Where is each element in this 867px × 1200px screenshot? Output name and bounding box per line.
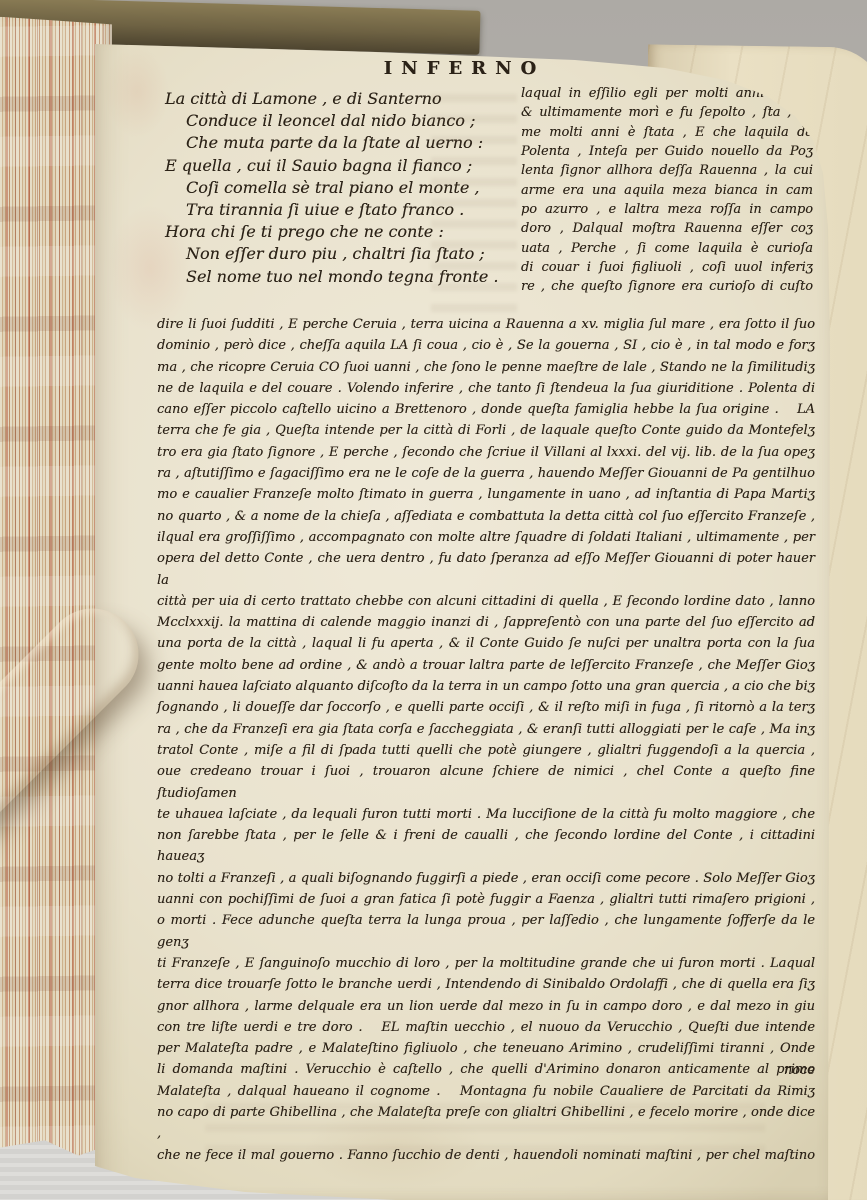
body-line: gente molto bene ad ordine , & andò a tr… <box>157 655 815 676</box>
body-line: no tolti a Franzeſi , a quali biſognando… <box>157 868 815 889</box>
body-line: te uhauea laſciate , da lequali furon tu… <box>157 804 815 825</box>
body-line: ilqual era groſſiſſimo , accompagnato co… <box>157 527 815 548</box>
running-head: INFERNO <box>325 58 595 79</box>
commentary-line: Polenta , Inteſa per Guido nouello da Po… <box>521 142 813 161</box>
body-line: ra , aſtutiſſimo e ſagaciſſimo era ne le… <box>157 463 815 484</box>
commentary-line: & ultimamente morì e fu ſepolto , ſta , … <box>521 103 813 122</box>
body-line: tratol Conte , miſe a fil di ſpada tutti… <box>157 740 815 761</box>
verse-column: La città di Lamone , e di SanternoConduc… <box>165 88 537 288</box>
verse-line: La città di Lamone , e di Santerno <box>165 88 537 110</box>
body-line: ſognando , li doueſſe dar ſoccorſo , e q… <box>157 697 815 718</box>
verse-line: Non eſſer duro piu , chaltri ſia ſtato ; <box>165 243 537 265</box>
commentary-line: doro , Dalqual moſtra Rauenna eſſer coʒ <box>521 219 813 238</box>
body-line: terra dice trouarſe ſotto le branche uer… <box>157 974 815 995</box>
commentary-line: me molti anni è ſtata , E che laquila da <box>521 123 813 142</box>
body-line: per Malateſta padre , e Malateſtino figl… <box>157 1038 815 1059</box>
verse-line: E quella , cui il Sauio bagna il fianco … <box>165 155 537 177</box>
body-line: ne de laquila e del couare . Volendo inf… <box>157 378 815 399</box>
body-line: dire li ſuoi ſudditi , E perche Ceruia ,… <box>157 314 815 335</box>
body-line: una porta de la città , laqual li fu ape… <box>157 633 815 654</box>
body-line: dominio , però dice , cheſſa aquila LA ſ… <box>157 335 815 356</box>
verse-line: Coſi comella sè tral piano el monte , <box>165 177 537 199</box>
commentary-line: lenta ſignor allhora deſſa Rauenna , la … <box>521 161 813 180</box>
body-line: opera del detto Conte , che uera dentro … <box>157 548 815 591</box>
body-line: tro era gia ſtato ſignore , E perche , ſ… <box>157 442 815 463</box>
commentary-line: di couar i ſuoi figliuoli , coſi uuol in… <box>521 258 813 277</box>
body-line: cano eſſer piccolo caſtello uicino a Bre… <box>157 399 815 420</box>
body-line: oue credeano trouar i ſuoi , trouaron al… <box>157 761 815 804</box>
body-line: terra che fe gia , Queſta intende per la… <box>157 420 815 441</box>
body-line: gnor allhora , larme delquale era un lio… <box>157 996 815 1017</box>
body-line: no capo di parte Ghibellina , che Malate… <box>157 1102 815 1145</box>
verse-line: Sel nome tuo nel mondo tegna fronte . <box>165 266 537 288</box>
body-line: ma , che ricopre Ceruia CO ſuoi uanni , … <box>157 357 815 378</box>
body-line: uanni con pochiſſimi de ſuoi a gran fati… <box>157 889 815 910</box>
verse-line: Tra tirannia ſi uiue e ſtato franco . <box>165 199 537 221</box>
body-line: ra , che da Franzeſi era gia ſtata corſa… <box>157 719 815 740</box>
body-line: Mcclxxxij. la mattina di calende maggio … <box>157 612 815 633</box>
body-line: che ne fece il mal gouerno . Fanno ſucch… <box>157 1145 815 1166</box>
commentary-column: laqual in eſſilio egli per molti anni ui… <box>521 84 813 297</box>
body-line: mo e caualier Franzeſe molto ſtimato in … <box>157 484 815 505</box>
verse-line: Che muta parte da la ſtate al uerno : <box>165 132 537 154</box>
verse-line: Conduce il leoncel dal nido bianco ; <box>165 110 537 132</box>
body-line: non ſarebbe ſtata , per le ſelle & i fre… <box>157 825 815 868</box>
verse-line: Hora chi ſe ti prego che ne conte : <box>165 221 537 243</box>
body-line: ti Franzeſe , E ſanguinoſo mucchio di lo… <box>157 953 815 974</box>
commentary-line: uata , Perche , ſi come laquila è curioſ… <box>521 239 813 258</box>
body-line: Malateſta , dalqual haueano il cognome .… <box>157 1081 815 1102</box>
body-line: città per uia di certo trattato chebbe c… <box>157 591 815 612</box>
catchword: noce <box>157 1060 867 1081</box>
photo-backdrop: INFERNO La città di Lamone , e di Santer… <box>0 0 867 1200</box>
body-text: dire li ſuoi ſudditi , E perche Ceruia ,… <box>157 314 815 1166</box>
commentary-line: arme era una aquila meza bianca in cam <box>521 181 813 200</box>
body-line: o morti . Fece adunche queſta terra la l… <box>157 910 815 953</box>
body-line: con tre liſte uerdi e tre doro . EL maſt… <box>157 1017 815 1038</box>
commentary-line: re , che queſto ſignore era curioſo di c… <box>521 277 813 296</box>
body-line: uanni hauea laſciato alquanto diſcoſto d… <box>157 676 815 697</box>
commentary-line: po azurro , e laltra meza roſſa in campo <box>521 200 813 219</box>
book-page: INFERNO La città di Lamone , e di Santer… <box>95 28 845 1200</box>
body-line: no quarto , & a nome de la chieſa , aſſe… <box>157 506 815 527</box>
